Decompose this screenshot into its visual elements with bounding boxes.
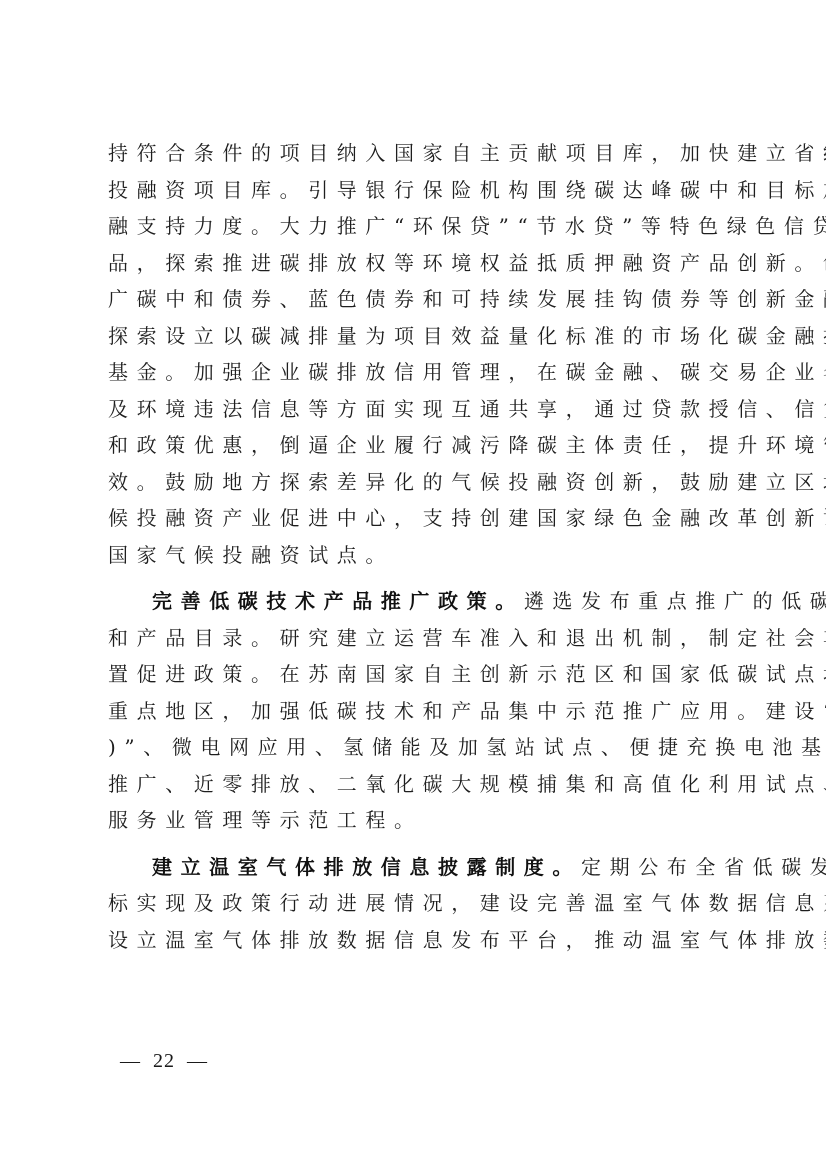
paragraph-heading: 建立温室气体排放信息披露制度。 [152, 855, 581, 879]
text-line: 投融资项目库。引导银行保险机构围绕碳达峰碳中和目标加大金 [108, 172, 748, 209]
text-line: 基金。加强企业碳排放信用管理，在碳金融、碳交易企业名录以 [108, 354, 748, 391]
text-line: 探索设立以碳减排量为项目效益量化标准的市场化碳金融投资 [108, 318, 748, 355]
paragraph-low-carbon-tech: 完善低碳技术产品推广政策。遴选发布重点推广的低碳技术 和产品目录。研究建立运营车… [108, 583, 748, 839]
text-line: 候投融资产业促进中心，支持创建国家绿色金融改革创新试验区、 [108, 500, 748, 537]
body-text: 持符合条件的项目纳入国家自主贡献项目库，加快建立省级气候 投融资项目库。引导银行… [108, 135, 748, 958]
paragraph-heading: 完善低碳技术产品推广政策。 [152, 589, 524, 613]
text-line: 标实现及政策行动进展情况，建设完善温室气体数据信息系统， [108, 885, 748, 922]
text-run: 遴选发布重点推广的低碳技术 [524, 589, 826, 613]
document-page: 持符合条件的项目纳入国家自主贡献项目库，加快建立省级气候 投融资项目库。引导银行… [0, 0, 826, 1169]
text-line: 广碳中和债券、蓝色债券和可持续发展挂钩债券等创新金融产品。 [108, 281, 748, 318]
text-line: 服务业管理等示范工程。 [108, 802, 748, 839]
text-line: 推广、近零排放、二氧化碳大规模捕集和高值化利用试点、低碳 [108, 766, 748, 803]
text-line: 重点地区，加强低碳技术和产品集中示范推广应用。建设“光伏 [108, 693, 748, 730]
text-line: 设立温室气体排放数据信息发布平台，推动温室气体排放数据信 [108, 922, 748, 959]
text-line: 持符合条件的项目纳入国家自主贡献项目库，加快建立省级气候 [108, 135, 748, 172]
paragraph-climate-finance: 持符合条件的项目纳入国家自主贡献项目库，加快建立省级气候 投融资项目库。引导银行… [108, 135, 748, 573]
paragraph-ghg-disclosure: 建立温室气体排放信息披露制度。定期公布全省低碳发展目 标实现及政策行动进展情况，… [108, 849, 748, 959]
text-line: 国家气候投融资试点。 [108, 537, 748, 574]
text-line: 和政策优惠，倒逼企业履行减污降碳主体责任，提升环境管理绩 [108, 427, 748, 464]
paragraph-spacer [108, 839, 748, 849]
text-line: 效。鼓励地方探索差异化的气候投融资创新，鼓励建立区域性气 [108, 464, 748, 501]
text-run: 定期公布全省低碳发展目 [581, 855, 826, 879]
text-line: 品，探索推进碳排放权等环境权益抵质押融资产品创新。创新推 [108, 245, 748, 282]
text-line-first: 完善低碳技术产品推广政策。遴选发布重点推广的低碳技术 [108, 583, 748, 620]
text-line: 及环境违法信息等方面实现互通共享，通过贷款授信、信贷贴息 [108, 391, 748, 428]
text-line: 置促进政策。在苏南国家自主创新示范区和国家低碳试点城市等 [108, 656, 748, 693]
page-number: — 22 — [120, 1050, 208, 1073]
text-line: 融支持力度。大力推广“环保贷”“节水贷”等特色绿色信贷产 [108, 208, 748, 245]
paragraph-spacer [108, 573, 748, 583]
text-line: )”、微电网应用、氢储能及加氢站试点、便捷充换电池基础设施 [108, 729, 748, 766]
text-line-first: 建立温室气体排放信息披露制度。定期公布全省低碳发展目 [108, 849, 748, 886]
text-line: 和产品目录。研究建立运营车准入和退出机制，制定社会车辆购 [108, 620, 748, 657]
